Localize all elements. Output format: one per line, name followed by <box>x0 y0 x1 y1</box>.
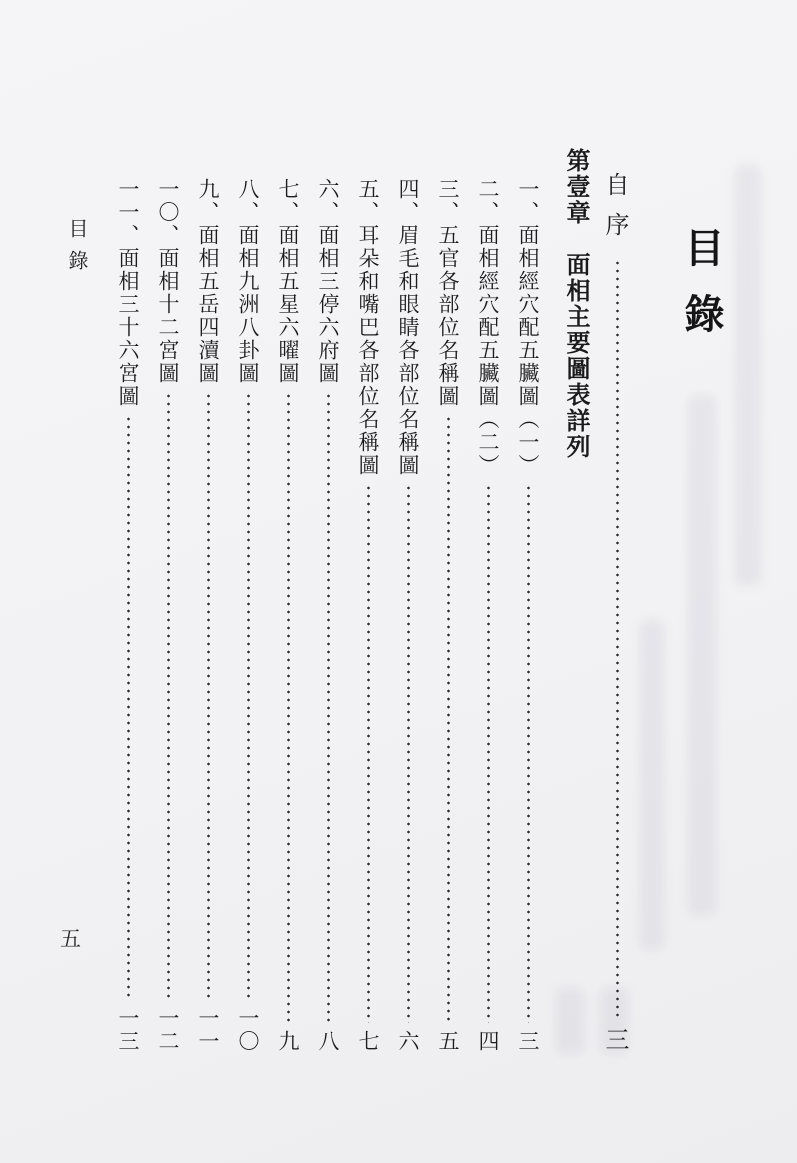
folio-page-number: 五 <box>60 923 81 953</box>
toc-entry-page: 三 <box>513 1030 543 1053</box>
toc-entry: 一、面相經穴配五臟圖（一） 三 <box>513 148 543 1053</box>
toc-entry-label: 一〇、面相十二宮圖 <box>153 178 183 385</box>
dotted-leader <box>447 415 450 1023</box>
toc-entry-label: 九、面相五岳四瀆圖 <box>193 178 223 385</box>
toc-entry-label: 七、面相五星六曜圖 <box>273 178 303 385</box>
toc-entry: 八、面相九洲八卦圖 一〇 <box>233 148 263 1053</box>
toc-entry: 一一、面相三十六宮圖 一三 <box>113 148 143 1053</box>
dotted-leader <box>207 392 210 1000</box>
toc-entry-label: 二、面相經穴配五臟圖（二） <box>473 178 503 477</box>
toc-entry-label: 三、五官各部位名稱圖 <box>433 178 463 408</box>
toc-entry-page: 九 <box>273 1030 303 1053</box>
toc-entry-preface: 自序 三 <box>602 148 632 1053</box>
toc-entry-page: 一一 <box>193 1007 223 1053</box>
toc-entry-page: 五 <box>433 1030 463 1053</box>
toc-entry-label: 五、耳朵和嘴巴各部位名稱圖 <box>353 178 383 477</box>
dotted-leader <box>367 484 370 1023</box>
toc-entry: 七、面相五星六曜圖 九 <box>273 148 303 1053</box>
toc-entry: 三、五官各部位名稱圖 五 <box>433 148 463 1053</box>
dotted-leader <box>616 259 619 1020</box>
toc-entry-label: 四、眉毛和眼睛各部位名稱圖 <box>393 178 423 477</box>
chapter-heading: 第壹章 面相主要圖表詳列 <box>561 148 593 1053</box>
toc-entry-page: 一二 <box>153 1007 183 1053</box>
table-of-contents: 目錄 自序 三 第壹章 面相主要圖表詳列 一、面相經穴配五臟圖（一） 三 二、面… <box>103 148 730 1053</box>
running-header: 目錄 <box>62 218 91 282</box>
dotted-leader <box>407 484 410 1023</box>
toc-entry: 二、面相經穴配五臟圖（二） 四 <box>473 148 503 1053</box>
dotted-leader <box>247 392 250 1000</box>
dotted-leader <box>127 415 130 1000</box>
toc-entry-page: 七 <box>353 1030 383 1053</box>
toc-entry-label: 八、面相九洲八卦圖 <box>233 178 263 385</box>
toc-entry-page: 一〇 <box>233 1007 263 1053</box>
bleedthrough-artifact <box>735 165 761 585</box>
scanned-book-page: 目錄 五 目錄 自序 三 第壹章 面相主要圖表詳列 一、面相經穴配五臟圖（一） … <box>0 0 797 1163</box>
toc-entry-label: 一、面相經穴配五臟圖（一） <box>513 178 543 477</box>
dotted-leader <box>327 392 330 1023</box>
dotted-leader <box>487 484 490 1023</box>
toc-entry-page: 八 <box>313 1030 343 1053</box>
toc-entry-page: 六 <box>393 1030 423 1053</box>
toc-entry: 一〇、面相十二宮圖 一二 <box>153 148 183 1053</box>
toc-entry-page: 一三 <box>113 1007 143 1053</box>
preface-label: 自序 <box>602 172 632 252</box>
dotted-leader <box>167 392 170 1000</box>
preface-page: 三 <box>602 1027 632 1053</box>
dotted-leader <box>287 392 290 1023</box>
toc-entry: 四、眉毛和眼睛各部位名稱圖 六 <box>393 148 423 1053</box>
toc-entry-label: 六、面相三停六府圖 <box>313 178 343 385</box>
toc-entry-page: 四 <box>473 1030 503 1053</box>
toc-title: 目錄 <box>684 148 730 1053</box>
toc-entry: 九、面相五岳四瀆圖 一一 <box>193 148 223 1053</box>
toc-entry-label: 一一、面相三十六宮圖 <box>113 178 143 408</box>
toc-entry: 六、面相三停六府圖 八 <box>313 148 343 1053</box>
dotted-leader <box>527 484 530 1023</box>
toc-entry: 五、耳朵和嘴巴各部位名稱圖 七 <box>353 148 383 1053</box>
